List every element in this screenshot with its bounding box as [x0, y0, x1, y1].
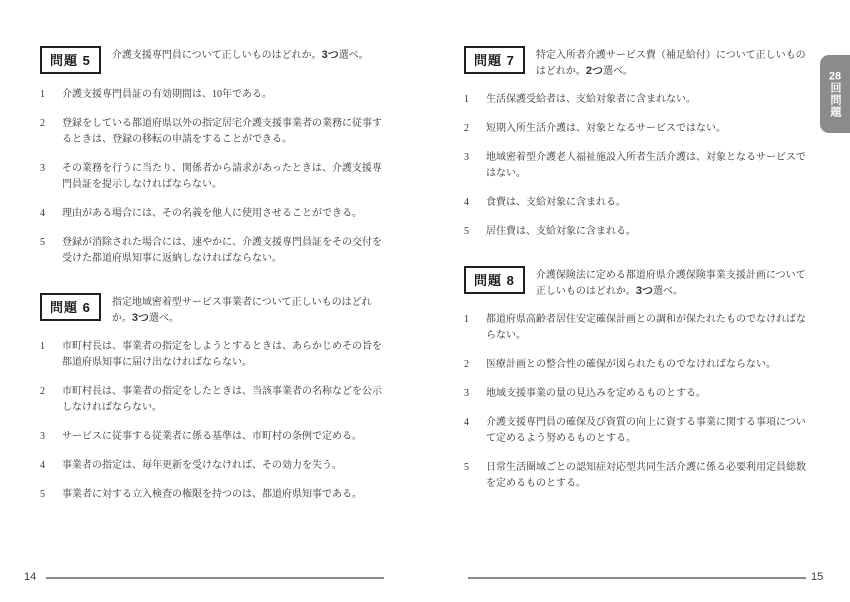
option-number: 1	[464, 92, 486, 108]
option-row: 4介護支援専門員の確保及び資質の向上に資する事業に関する事項について定めるよう努…	[464, 415, 811, 447]
question-stem: 特定入所者介護サービス費（補足給付）について正しいものはどれか。2つ選べ。	[536, 46, 811, 79]
option-number: 2	[464, 121, 486, 137]
option-number: 2	[464, 357, 486, 373]
option-number: 4	[40, 206, 62, 222]
question-number-box: 問題 6	[40, 293, 101, 321]
footer-rule-right	[468, 577, 806, 579]
option-number: 5	[464, 460, 486, 492]
option-text: 事業者の指定は、毎年更新を受けなければ、その効力を失う。	[62, 458, 387, 474]
option-text: 介護支援専門員の確保及び資質の向上に資する事業に関する事項について定めるよう努め…	[486, 415, 811, 447]
question-number-box: 問題 8	[464, 266, 525, 294]
page-number-right: 15	[811, 571, 823, 583]
question-stem: 指定地域密着型サービス事業者について正しいものはどれか。3つ選べ。	[112, 293, 387, 326]
option-number: 2	[40, 116, 62, 148]
option-row: 1生活保護受給者は、支給対象者に含まれない。	[464, 92, 811, 108]
chapter-tab: 28回問題	[820, 55, 850, 133]
option-text: 登録が消除された場合には、速やかに、介護支援専門員証をその交付を受けた都道府県知…	[62, 235, 387, 267]
option-text: 地域支援事業の量の見込みを定めるものとする。	[486, 386, 811, 402]
option-row: 2登録をしている都道府県以外の指定居宅介護支援事業者の業務に従事するときは、登録…	[40, 116, 387, 148]
option-text: 事業者に対する立入検査の権限を持つのは、都道府県知事である。	[62, 487, 387, 503]
option-row: 4理由がある場合には、その名義を他人に使用させることができる。	[40, 206, 387, 222]
option-text: 食費は、支給対象に含まれる。	[486, 195, 811, 211]
option-number: 5	[40, 487, 62, 503]
option-text: 理由がある場合には、その名義を他人に使用させることができる。	[62, 206, 387, 222]
question-header: 問題 7 特定入所者介護サービス費（補足給付）について正しいものはどれか。2つ選…	[464, 46, 811, 79]
question-header: 問題 6 指定地域密着型サービス事業者について正しいものはどれか。3つ選べ。	[40, 293, 387, 326]
question-header: 問題 8 介護保険法に定める都道府県介護保険事業支援計画について正しいものはどれ…	[464, 266, 811, 299]
option-text: 地域密着型介護老人福祉施設入所者生活介護は、対象となるサービスではない。	[486, 150, 811, 182]
option-list: 1都道府県高齢者居住安定確保計画との調和が保たれたものでなければならない。 2医…	[464, 312, 811, 492]
stem-choose-count: 2つ	[586, 65, 603, 77]
option-text: 都道府県高齢者居住安定確保計画との調和が保たれたものでなければならない。	[486, 312, 811, 344]
chapter-tab-text: 回問題	[827, 82, 843, 118]
stem-text: 選べ。	[603, 66, 633, 77]
question-7: 問題 7 特定入所者介護サービス費（補足給付）について正しいものはどれか。2つ選…	[464, 46, 811, 240]
question-stem: 介護支援専門員について正しいものはどれか。3つ選べ。	[112, 46, 369, 64]
option-number: 3	[464, 150, 486, 182]
stem-choose-count: 3つ	[322, 49, 339, 61]
option-row: 5日常生活圏域ごとの認知症対応型共同生活介護に係る必要利用定員総数を定めるものと…	[464, 460, 811, 492]
page-number-left: 14	[24, 571, 36, 583]
option-list: 1介護支援専門員証の有効期間は、10年である。 2登録をしている都道府県以外の指…	[40, 87, 387, 267]
question-5: 問題 5 介護支援専門員について正しいものはどれか。3つ選べ。 1介護支援専門員…	[40, 46, 387, 267]
stem-text: 選べ。	[339, 50, 369, 61]
option-number: 1	[40, 339, 62, 371]
option-number: 5	[40, 235, 62, 267]
stem-choose-count: 3つ	[636, 285, 653, 297]
option-number: 1	[464, 312, 486, 344]
option-row: 1介護支援専門員証の有効期間は、10年である。	[40, 87, 387, 103]
stem-choose-count: 3つ	[132, 312, 149, 324]
option-text: 登録をしている都道府県以外の指定居宅介護支援事業者の業務に従事するときは、登録の…	[62, 116, 387, 148]
page-right: 問題 7 特定入所者介護サービス費（補足給付）について正しいものはどれか。2つ選…	[464, 46, 811, 492]
option-number: 3	[40, 161, 62, 193]
option-number: 2	[40, 384, 62, 416]
question-6: 問題 6 指定地域密着型サービス事業者について正しいものはどれか。3つ選べ。 1…	[40, 293, 387, 503]
option-row: 4事業者の指定は、毎年更新を受けなければ、その効力を失う。	[40, 458, 387, 474]
option-text: 生活保護受給者は、支給対象者に含まれない。	[486, 92, 811, 108]
option-text: 短期入所生活介護は、対象となるサービスではない。	[486, 121, 811, 137]
option-text: 日常生活圏域ごとの認知症対応型共同生活介護に係る必要利用定員総数を定めるものとす…	[486, 460, 811, 492]
option-number: 3	[40, 429, 62, 445]
option-row: 4食費は、支給対象に含まれる。	[464, 195, 811, 211]
option-number: 1	[40, 87, 62, 103]
question-number-box: 問題 5	[40, 46, 101, 74]
option-row: 3地域支援事業の量の見込みを定めるものとする。	[464, 386, 811, 402]
option-text: 医療計画との整合性の確保が図られたものでなければならない。	[486, 357, 811, 373]
option-number: 4	[464, 195, 486, 211]
option-text: 居住費は、支給対象に含まれる。	[486, 224, 811, 240]
stem-text: 選べ。	[149, 313, 179, 324]
option-row: 5登録が消除された場合には、速やかに、介護支援専門員証をその交付を受けた都道府県…	[40, 235, 387, 267]
question-stem: 介護保険法に定める都道府県介護保険事業支援計画について正しいものはどれか。3つ選…	[536, 266, 811, 299]
option-row: 5居住費は、支給対象に含まれる。	[464, 224, 811, 240]
page-left: 問題 5 介護支援専門員について正しいものはどれか。3つ選べ。 1介護支援専門員…	[40, 46, 387, 503]
option-text: 市町村長は、事業者の指定をしたときは、当該事業者の名称などを公示しなければならな…	[62, 384, 387, 416]
option-row: 2市町村長は、事業者の指定をしたときは、当該事業者の名称などを公示しなければなら…	[40, 384, 387, 416]
option-text: 介護支援専門員証の有効期間は、10年である。	[62, 87, 387, 103]
stem-text: 特定入所者介護サービス費（補足給付）について正しいものはどれか。	[536, 50, 806, 77]
stem-text: 選べ。	[653, 286, 683, 297]
question-number-box: 問題 7	[464, 46, 525, 74]
option-list: 1市町村長は、事業者の指定をしようとするときは、あらかじめその旨を都道府県知事に…	[40, 339, 387, 503]
option-row: 2短期入所生活介護は、対象となるサービスではない。	[464, 121, 811, 137]
option-row: 1都道府県高齢者居住安定確保計画との調和が保たれたものでなければならない。	[464, 312, 811, 344]
chapter-tab-number: 28	[829, 71, 841, 82]
option-number: 4	[464, 415, 486, 447]
option-row: 2医療計画との整合性の確保が図られたものでなければならない。	[464, 357, 811, 373]
option-row: 1市町村長は、事業者の指定をしようとするときは、あらかじめその旨を都道府県知事に…	[40, 339, 387, 371]
option-row: 5事業者に対する立入検査の権限を持つのは、都道府県知事である。	[40, 487, 387, 503]
footer-rule-left	[46, 577, 384, 579]
option-list: 1生活保護受給者は、支給対象者に含まれない。 2短期入所生活介護は、対象となるサ…	[464, 92, 811, 240]
question-header: 問題 5 介護支援専門員について正しいものはどれか。3つ選べ。	[40, 46, 387, 74]
option-number: 5	[464, 224, 486, 240]
option-text: その業務を行うに当たり、関係者から請求があったときは、介護支援専門員証を提示しな…	[62, 161, 387, 193]
option-row: 3サービスに従事する従業者に係る基準は、市町村の条例で定める。	[40, 429, 387, 445]
stem-text: 介護支援専門員について正しいものはどれか。	[112, 50, 322, 61]
option-number: 3	[464, 386, 486, 402]
option-row: 3その業務を行うに当たり、関係者から請求があったときは、介護支援専門員証を提示し…	[40, 161, 387, 193]
option-row: 3地域密着型介護老人福祉施設入所者生活介護は、対象となるサービスではない。	[464, 150, 811, 182]
option-number: 4	[40, 458, 62, 474]
question-8: 問題 8 介護保険法に定める都道府県介護保険事業支援計画について正しいものはどれ…	[464, 266, 811, 492]
option-text: サービスに従事する従業者に係る基準は、市町村の条例で定める。	[62, 429, 387, 445]
option-text: 市町村長は、事業者の指定をしようとするときは、あらかじめその旨を都道府県知事に届…	[62, 339, 387, 371]
